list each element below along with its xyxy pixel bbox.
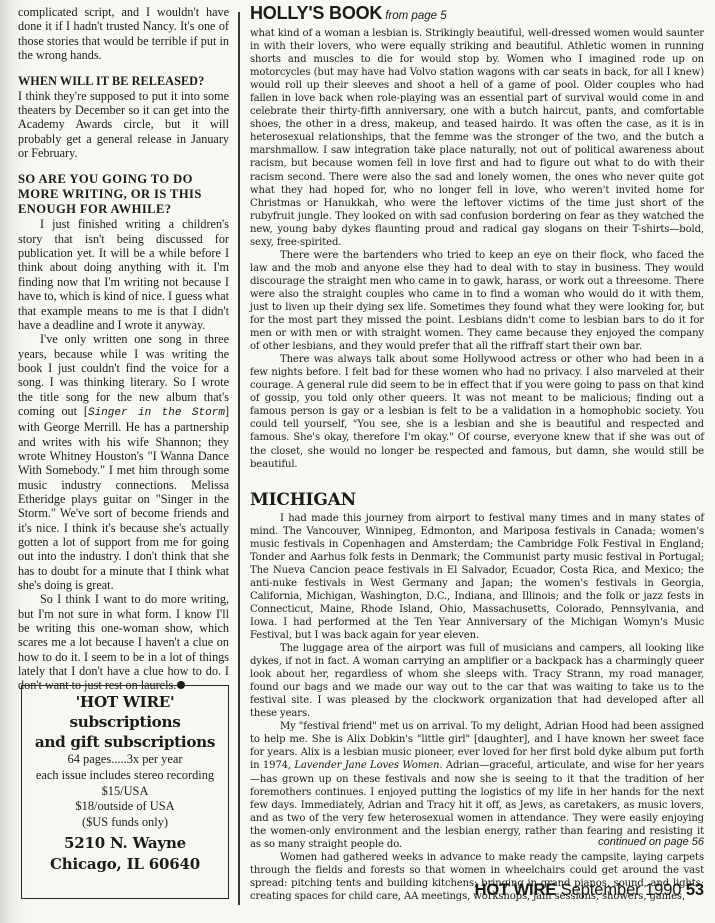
interview-answer: I just finished writing a children's sto… [18, 217, 229, 332]
article-paragraph: My "festival friend" met us on arrival. … [250, 720, 704, 850]
ad-address-street: 5210 N. Wayne [22, 833, 228, 854]
continued-note: continued on page 56 [598, 836, 704, 848]
article-title: HOLLY'S BOOKfrom page 5 [250, 3, 704, 26]
album-title: Singer in the Storm [88, 407, 225, 419]
footer-issue: September 1990 [561, 881, 682, 899]
ad-funds-note: ($US funds only) [22, 815, 228, 831]
footer-brand: HOT WIRE [475, 881, 557, 899]
album-title: Lavender Jane Loves Women [294, 760, 439, 771]
article-title-text: HOLLY'S BOOK [250, 3, 382, 23]
article-paragraph: what kind of a woman a lesbian is. Strik… [250, 27, 704, 249]
subscription-ad: 'HOT WIRE' subscriptions and gift subscr… [21, 685, 229, 899]
subsection-title: MICHIGAN [250, 490, 704, 510]
answer-text: So I think I want to do more writing, bu… [18, 592, 229, 692]
article-paragraph: I had made this journey from airport to … [250, 512, 704, 642]
interview-question: SO ARE YOU GOING TO DO MORE WRITING, OR … [18, 172, 229, 217]
interview-question: WHEN WILL IT BE RELEASED? [18, 74, 229, 88]
jump-from-note: from page 5 [385, 10, 446, 22]
interview-answer: I think they're supposed to put it into … [18, 89, 229, 161]
column-divider [238, 12, 240, 905]
interview-answer: I've only written one song in three year… [18, 332, 229, 592]
page-number: 53 [686, 881, 704, 899]
ad-price-usa: $15/USA [22, 784, 228, 800]
ad-headline: and gift subscriptions [22, 732, 228, 752]
ad-pages-line: 64 pages.....3x per year [22, 752, 228, 768]
ad-price-outside: $18/outside of USA [22, 799, 228, 815]
ad-address-city: Chicago, IL 60640 [22, 854, 228, 875]
page-footer: HOT WIRE September 1990 53 [475, 881, 704, 900]
interview-paragraph: complicated script, and I wouldn't have … [18, 5, 229, 62]
ad-recording-line: each issue includes stereo recording [22, 768, 228, 784]
article-column: HOLLY'S BOOKfrom page 5 what kind of a w… [250, 3, 704, 903]
interview-answer: So I think I want to do more writing, bu… [18, 592, 229, 692]
ad-headline: 'HOT WIRE' subscriptions [22, 692, 228, 732]
magazine-page: complicated script, and I wouldn't have … [0, 0, 715, 923]
interview-column: complicated script, and I wouldn't have … [18, 5, 229, 693]
answer-text: ] with George Merrill. He has a partners… [18, 404, 229, 592]
article-paragraph: There was always talk about some Hollywo… [250, 353, 704, 470]
article-paragraph: The luggage area of the airport was full… [250, 642, 704, 720]
article-paragraph: There were the bartenders who tried to k… [250, 249, 704, 353]
answer-text: I've only written one song in three year… [18, 332, 229, 418]
